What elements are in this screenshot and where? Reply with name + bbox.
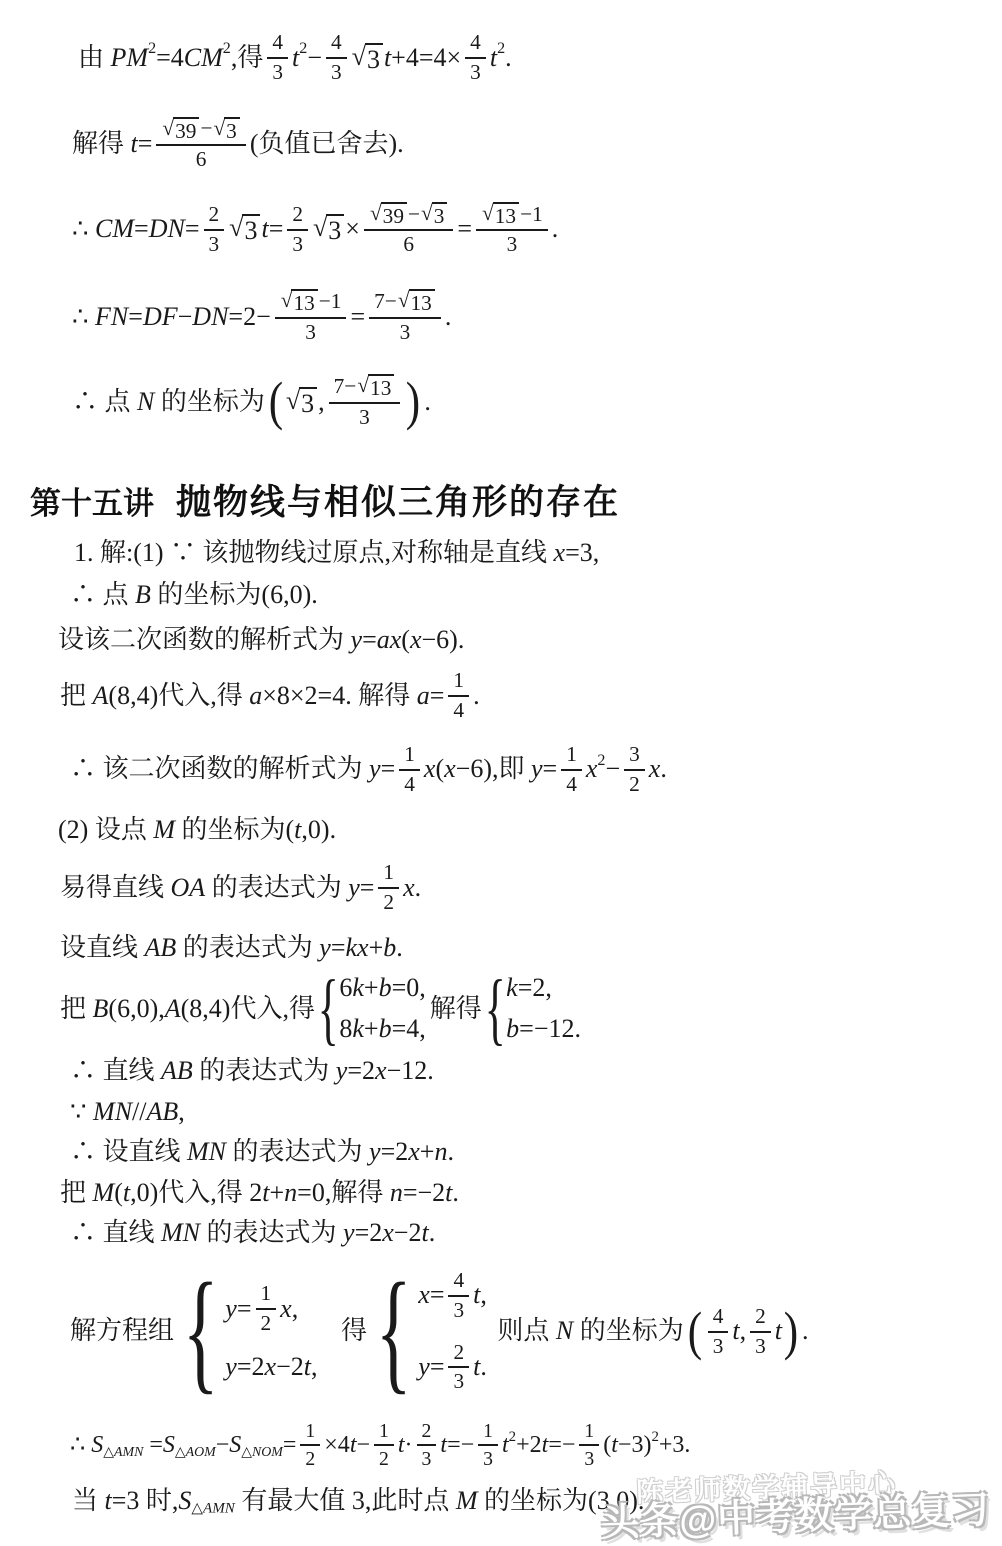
text-run: ,得 [231,42,264,75]
fraction-numerator: 3 [624,743,645,771]
math-fraction: 7−√133 [329,374,401,429]
text-run: (6,0), [108,993,164,1026]
text-run: 4 [331,31,342,55]
math-variable: t [398,1430,405,1460]
text-run: 解得 [430,993,482,1026]
math-variable: x [375,1055,387,1088]
system-row: b=−12. [506,1013,581,1046]
text-run: 4 [566,773,577,797]
math-variable: CM [184,42,223,75]
sqrt-radical: √3 [352,43,383,73]
superscript: 2 [299,39,307,59]
radicand: 3 [326,214,344,244]
math-variable: k [506,972,518,1005]
math-variable: a [249,680,262,713]
superscript: 2 [509,1428,516,1447]
math-variable: MN [187,1136,226,1169]
text-run: + [369,932,384,965]
text-run: 3 [400,321,411,345]
text-run: =2 [237,1351,265,1384]
text-run: + [364,972,379,1005]
math-variable: ax [377,624,402,657]
solution-line: 易得直线 OA 的表达式为 y=12x. [60,858,984,918]
math-variable: CM [95,213,134,246]
text-run: 则点 [491,1315,556,1348]
math-variable: x [554,537,566,570]
fraction-numerator: 1 [579,1420,599,1446]
text-run: 3 [292,233,303,257]
text-run: 的坐标为(3,0). [478,1485,645,1518]
math-variable: n [284,1177,297,1210]
text-run: 2 [292,203,303,227]
fraction-numerator: 2 [287,203,308,231]
math-variable: t [304,1351,311,1384]
fraction-numerator: 1 [561,743,582,771]
text-run: ∴ [70,1430,91,1460]
math-fraction: 43 [448,1269,469,1323]
solution-line: 设该二次函数的解析式为 y=ax(x−6). [58,624,984,657]
math-variable: y [348,872,360,905]
text-run: 的坐标为 [573,1315,684,1348]
math-variable: DF [143,301,178,334]
math-variable: DN [149,213,185,246]
text-run: = [430,680,445,713]
text-run: (负值已舍去). [250,128,404,161]
heading-chapter-label: 第十五讲 [30,478,154,523]
text-run: 由 [78,42,111,75]
radicand: 39 [381,202,407,227]
solution-line: ∴ 点 N 的坐标为(√3,7−√133). [72,371,984,432]
math-variable: a [417,680,430,713]
text-run: 3 [434,204,445,228]
solution-line: ∴ CM=DN=23√3t=23√3×√39−√36=√13−13. [72,199,984,260]
math-variable: B [135,579,151,612]
radicand: 13 [409,289,435,314]
equation-system: {y=12x,y=2x−2t, [178,1270,317,1392]
fraction-denominator: 6 [403,231,414,257]
math-variable: t [445,1177,452,1210]
text-run: 13 [495,204,516,228]
text-run: , [311,1351,318,1384]
math-variable: x [444,753,456,786]
text-run: 3 [755,1335,766,1359]
math-variable: n [434,1136,447,1169]
system-row: y=12x, [225,1279,317,1339]
text-run: . [552,213,559,246]
solution-content: 由 PM2=4CM2,得43t2−43√3t+4=4×43t2.解得 t=√39… [0,0,1002,1518]
text-run: =2, [518,972,552,1005]
math-variable: t [261,213,268,246]
text-run: 设该二次函数的解析式为 [58,624,351,657]
math-variable: AOM [186,1445,216,1460]
math-fraction: 13 [478,1420,498,1470]
solution-line: ∴ FN=DF−DN=2−√13−13=7−√133. [72,286,984,347]
big-parens: (43t,23t) [686,1302,800,1362]
text-run: =2 [355,1217,383,1250]
system-brace: { [376,1270,412,1392]
right-paren: ) [784,1309,798,1355]
text-run: 1 [483,1420,493,1442]
math-fraction: 23 [750,1305,771,1359]
math-variable: M [93,1177,115,1210]
text-run: 7− [334,375,357,399]
radicand: 3 [299,387,317,417]
math-variable: AMN [114,1445,143,1460]
text-run: 13 [370,376,391,400]
system-row: k=2, [506,972,581,1005]
superscript: 2 [223,39,231,59]
text-run: 3 [483,1448,493,1470]
text-run: . [429,1217,436,1250]
text-run: = [331,932,346,965]
intro-section: 由 PM2=4CM2,得43t2−43√3t+4=4×43t2.解得 t=√39… [58,28,984,433]
solution-line: ∵ MN//AB, [70,1096,984,1129]
math-variable: S [178,1485,191,1518]
solution-line: ∴ 该二次函数的解析式为 y=14x(x−6),即 y=14x2−32x. [70,740,984,800]
text-run: 的表达式为 [205,872,348,905]
section-heading: 第十五讲 抛物线与相似三角形的存在 [30,475,984,525]
fraction-denominator: 3 [359,404,370,430]
fraction-numerator: 7−√13 [329,374,401,403]
fraction-denominator: 4 [453,697,464,723]
system-rows: k=2,b=−12. [506,972,581,1045]
text-run: // [132,1096,146,1129]
text-run: 4 [404,773,415,797]
text-run: 2 [629,773,640,797]
text-run: 的表达式为 [176,932,319,965]
text-run: 3 [584,1448,594,1470]
text-run: 39 [383,204,404,228]
math-variable: x [382,1217,394,1250]
text-run: · [405,1430,413,1460]
math-variable: B [93,993,109,1026]
fraction-denominator: 2 [383,889,394,915]
text-run: 2 [383,891,394,915]
text-run: 的表达式为 [200,1217,343,1250]
math-variable: AB [145,932,177,965]
text-run: △ [175,1445,186,1460]
fraction-numerator: 4 [448,1269,469,1297]
text-run: 2 [422,1420,432,1442]
text-run: 3 [422,1448,432,1470]
text-run: = [381,753,396,786]
math-variable: t [384,42,391,75]
math-variable: t [775,1315,782,1348]
solution-line: ∴ S△AMN =S△AOM−S△NOM=12×4t−12t·23t=−13t2… [70,1417,984,1473]
text-run: 13 [411,291,432,315]
radical-sign: √ [229,214,243,241]
text-run: − [356,1430,370,1460]
math-variable: x [649,753,661,786]
radicand: 3 [242,214,260,244]
text-run: . [802,1315,809,1348]
text-run: = [543,753,558,786]
text-run: 3 [305,321,316,345]
text-run: 的坐标为 [154,386,265,419]
text-run: − [605,753,620,786]
radicand: 3 [224,117,240,142]
text-run: ,0)代入,得 2 [130,1177,262,1210]
text-run: =0, [392,972,426,1005]
fraction-numerator: 7−√13 [369,289,441,318]
math-variable: n [390,1177,403,1210]
text-run: + [270,1177,285,1210]
text-run: 3 [331,61,342,85]
math-fraction: 43 [708,1305,729,1359]
radical-sign: √ [286,387,300,414]
math-fraction: 23 [287,203,308,257]
math-fraction: 23 [417,1420,437,1470]
system-row: x=43t, [418,1266,487,1326]
text-run: . [505,42,512,75]
text-run: = [430,1351,445,1384]
sqrt-radical: √3 [421,202,447,227]
text-run: = [138,128,153,161]
text-run: , [318,386,325,419]
math-variable: k [352,1013,364,1046]
text-run: −6),即 [456,753,531,786]
text-run: = [430,1279,445,1312]
solution-line: ∴ 设直线 MN 的表达式为 y=2x+n. [70,1136,984,1169]
text-run: =3, [565,537,599,570]
equation-system: {x=43t,y=23t. [371,1266,487,1397]
text-run: ×8×2=4. 解得 [262,680,417,713]
text-run: + [364,1013,379,1046]
math-variable: t [542,1430,549,1460]
math-variable: t [473,1351,480,1384]
math-variable: x [280,1293,292,1326]
fraction-denominator: 3 [209,231,220,257]
text-run: × [345,213,360,246]
math-variable: y [336,1055,348,1088]
math-fraction: 14 [561,743,582,797]
math-fraction: 13 [579,1420,599,1470]
sqrt-radical: √13 [357,374,394,399]
left-paren: ( [269,379,283,425]
math-fraction: 7−√133 [369,289,441,344]
text-run: 2 [261,1312,272,1336]
text-run: 2 [209,203,220,227]
math-variable: t [292,42,299,75]
text-run: = [269,213,284,246]
math-variable: M [456,1485,478,1518]
radicand: 13 [291,289,317,314]
text-run: , [178,1096,185,1129]
math-variable: AB [147,1096,179,1129]
text-run: ∴ 点 [70,579,135,612]
text-run: 的表达式为 [193,1055,336,1088]
text-run: . [480,1351,487,1384]
math-fraction: 23 [448,1341,469,1395]
fraction-denominator: 3 [453,1297,464,1323]
subscript: △NOM [241,1444,283,1461]
text-run: ( [603,1430,611,1460]
math-variable: x [424,753,436,786]
math-variable: t [262,1177,269,1210]
text-run: − [178,301,193,334]
math-variable: t [123,1177,130,1210]
text-run: 设直线 [60,932,145,965]
text-run: 6 [403,233,414,257]
solution-line: 设直线 AB 的表达式为 y=kx+b. [60,932,984,965]
fraction-denominator: 4 [404,771,415,797]
text-run: +2 [516,1430,542,1460]
text-run: = [134,213,149,246]
fraction-numerator: 2 [417,1420,437,1446]
text-run: +4=4× [391,42,461,75]
fraction-numerator: 2 [204,203,225,231]
math-variable: N [137,386,154,419]
math-variable: FN [95,301,128,334]
math-variable: PM [111,42,149,75]
math-fraction: 12 [378,861,399,915]
math-variable: y [225,1351,237,1384]
math-variable: y [369,1136,381,1169]
fraction-denominator: 2 [629,771,640,797]
text-run: = [350,301,365,334]
text-run: 3 [507,233,518,257]
math-variable: t [350,1430,357,1460]
math-fraction: √39−√36 [156,117,245,172]
text-run: 2 [379,1448,389,1470]
text-run: . [396,932,403,965]
text-run: . [447,1136,454,1169]
right-paren: ) [406,379,420,425]
sqrt-radical: √3 [213,117,239,142]
text-run: 1. 解:(1) ∵ 该抛物线过原点,对称轴是直线 [74,537,554,570]
text-run: 3 [301,389,314,418]
math-variable: S [229,1430,241,1460]
heading-chapter-title: 抛物线与相似三角形的存在 [176,475,620,525]
text-run: (2) 设点 [58,814,153,847]
text-run: =2− [228,301,270,334]
math-variable: x [403,872,415,905]
text-run: 1 [383,861,394,885]
text-run: . [452,1177,459,1210]
math-variable: t [473,1279,480,1312]
text-run: ∴ 直线 [70,1055,161,1088]
math-variable: t [490,42,497,75]
text-run: 当 [72,1485,105,1518]
text-run: 4 [453,699,464,723]
fraction-numerator: 2 [750,1305,771,1333]
text-run: =4, [392,1013,426,1046]
system-row: 6k+b=0, [339,972,425,1005]
text-run: 7− [374,290,397,314]
math-variable: y [418,1351,430,1384]
text-run: 1 [261,1282,272,1306]
fraction-numerator: 1 [399,743,420,771]
math-variable: t [105,1485,112,1518]
text-run: 的坐标为( [175,814,294,847]
math-fraction: 23 [204,203,225,257]
text-run: 3 [328,216,341,245]
system-rows: y=12x,y=2x−2t, [225,1279,317,1383]
document-page: 由 PM2=4CM2,得43t2−43√3t+4=4×43t2.解得 t=√39… [0,0,1002,1546]
math-variable: b [379,1013,392,1046]
text-run: 1 [305,1420,315,1442]
text-run: =0,解得 [297,1177,390,1210]
text-run: 13 [293,291,314,315]
radicand: 3 [432,202,448,227]
math-variable: x [265,1351,277,1384]
solution-line: 当 t=3 时,S△AMN 有最大值 3,此时点 M 的坐标为(3,0). [72,1485,984,1518]
text-run: 解得 [72,128,131,161]
text-run: 3 [470,61,481,85]
math-variable: NOM [252,1445,283,1460]
math-fraction: √39−√36 [364,202,453,257]
solution-line: ∴ 点 B 的坐标为(6,0). [70,579,984,612]
fraction-numerator: 1 [300,1420,320,1446]
text-run: = [360,872,375,905]
math-fraction: 43 [267,31,288,85]
solution-line: 把 A(8,4)代入,得 a×8×2=4. 解得 a=14. [60,666,984,726]
text-run: ∴ 该二次函数的解析式为 [70,753,369,786]
fraction-numerator: √13−1 [275,289,347,318]
solution-line: (2) 设点 M 的坐标为(t,0). [58,814,984,847]
text-run: , [740,1315,747,1348]
text-run: − [307,42,322,75]
equation-system: {6k+b=0,8k+b=4, [319,972,426,1045]
text-run: 2 [755,1305,766,1329]
fraction-numerator: 4 [465,31,486,59]
math-variable: OA [171,872,206,905]
text-run: 1 [566,743,577,767]
subscript: △AMN [191,1500,234,1519]
math-variable: S [91,1430,103,1460]
text-run: + [420,1136,435,1169]
text-run: △ [103,1445,114,1460]
text-run: 1 [584,1420,594,1442]
radicand: 39 [173,117,199,142]
fraction-denominator: 6 [196,146,207,172]
fraction-numerator: √39−√3 [364,202,453,231]
sqrt-radical: √39 [162,117,199,142]
math-fraction: 32 [624,743,645,797]
solution-line: 由 PM2=4CM2,得43t2−43√3t+4=4×43t2. [78,28,984,88]
text-run: 把 [60,680,93,713]
text-run: 把 [60,1177,93,1210]
text-run: 4 [470,31,481,55]
text-run: 的表达式为 [226,1136,369,1169]
text-run: 把 [60,993,93,1026]
math-variable: k [352,972,364,1005]
system-rows: 6k+b=0,8k+b=4, [339,972,425,1045]
text-run: 3 [629,743,640,767]
text-run: 3 [453,1299,464,1323]
paren-content: √3,7−√133 [285,371,404,432]
sqrt-radical: √3 [229,214,260,244]
text-run: , [292,1293,299,1326]
fraction-denominator: 2 [261,1310,272,1336]
math-variable: AB [161,1055,193,1088]
text-run: ∴ [72,301,95,334]
text-run: =2 [347,1055,375,1088]
superscript: 2 [597,751,605,771]
text-run: = [185,213,200,246]
fraction-numerator: 1 [378,861,399,889]
fraction-denominator: 3 [292,231,303,257]
text-run: 1 [453,669,464,693]
main-solution-section: 1. 解:(1) ∵ 该抛物线过原点,对称轴是直线 x=3,∴ 点 B 的坐标为… [58,537,984,1518]
text-run: △ [241,1445,252,1460]
sqrt-radical: √13 [482,202,519,227]
math-variable: t [732,1315,739,1348]
sqrt-radical: √39 [370,202,407,227]
text-run: =−2 [403,1177,445,1210]
math-variable: b [379,972,392,1005]
solution-line: 1. 解:(1) ∵ 该抛物线过原点,对称轴是直线 x=3, [74,537,984,570]
